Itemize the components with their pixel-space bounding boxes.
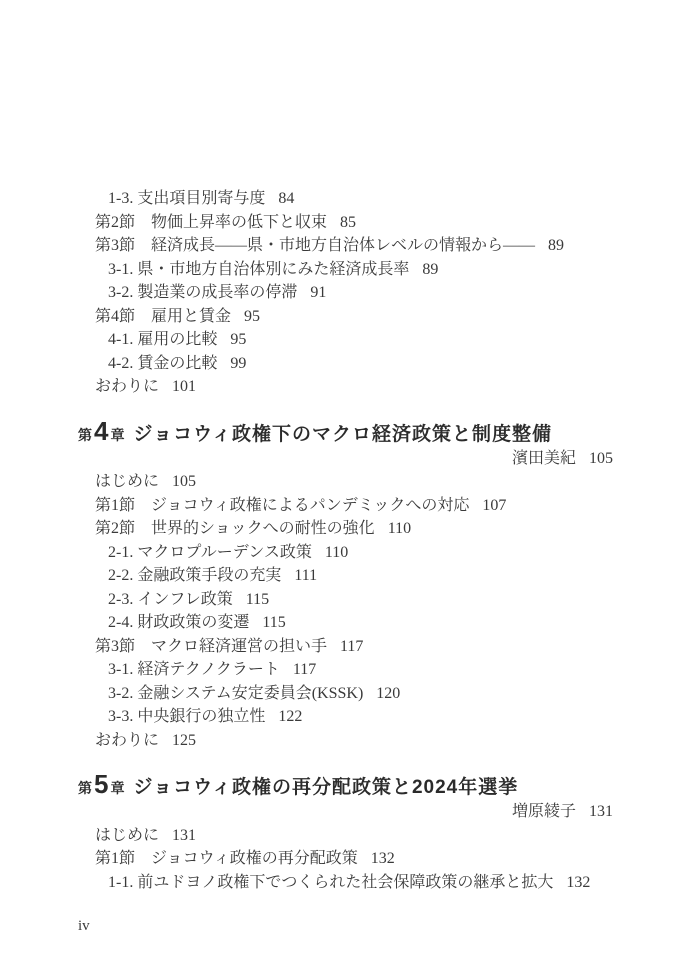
chapter-number-suffix: 章 [110, 780, 124, 796]
toc-entry: 第1節 ジョコウィ政権の再分配政策132 [78, 847, 613, 871]
toc-entry-page: 99 [230, 355, 246, 372]
toc-entry: 3-3. 中央銀行の独立性122 [78, 705, 613, 729]
toc-entries-chapter5: はじめに131 第1節 ジョコウィ政権の再分配政策132 1-1. 前ユドヨノ政… [78, 824, 613, 895]
toc-entry: 1-3. 支出項目別寄与度84 [78, 187, 613, 211]
toc-entry-text: 3-1. 経済テクノクラート [108, 661, 280, 678]
toc-entry-page: 110 [388, 520, 411, 537]
toc-entry-text: 第1節 ジョコウィ政権の再分配政策 [95, 850, 358, 867]
toc-entry-text: 4-1. 雇用の比較 [108, 331, 217, 348]
toc-entry: 3-1. 県・市地方自治体別にみた経済成長率89 [78, 258, 613, 282]
chapter5-author-line: 増原綾子131 [78, 800, 613, 824]
chapter5-heading: 第5章ジョコウィ政権の再分配政策と2024年選挙 [78, 768, 613, 800]
toc-entry-text: 3-1. 県・市地方自治体別にみた経済成長率 [108, 261, 409, 278]
toc-entry: 第2節 世界的ショックへの耐性の強化110 [78, 517, 613, 541]
toc-entry: おわりに101 [78, 375, 613, 399]
toc-entry: 3-1. 経済テクノクラート117 [78, 658, 613, 682]
toc-entry-text: 2-4. 財政政策の変遷 [108, 614, 249, 631]
toc-entry: 第3節 マクロ経済運営の担い手117 [78, 635, 613, 659]
toc-entry-text: 4-2. 賃金の比較 [108, 355, 217, 372]
toc-entry-text: 第1節 ジョコウィ政権によるパンデミックへの対応 [95, 497, 469, 514]
toc-entry-page: 95 [244, 308, 260, 325]
chapter-number-prefix: 第 [78, 427, 92, 443]
toc-entry-page: 120 [376, 685, 400, 702]
toc-entry: 第4節 雇用と賃金95 [78, 305, 613, 329]
toc-entry-page: 85 [340, 214, 356, 231]
toc-entry-text: 第4節 雇用と賃金 [95, 308, 231, 325]
toc-entry: 第1節 ジョコウィ政権によるパンデミックへの対応107 [78, 494, 613, 518]
toc-entry-page: 107 [482, 497, 506, 514]
chapter-number-prefix: 第 [78, 780, 92, 796]
toc-entry: 3-2. 金融システム安定委員会(KSSK)120 [78, 682, 613, 706]
toc-entry: 2-3. インフレ政策115 [78, 588, 613, 612]
toc-entry-page: 122 [278, 708, 302, 725]
toc-entry: 4-1. 雇用の比較95 [78, 328, 613, 352]
toc-entry-text: おわりに [95, 378, 159, 395]
toc-entry-text: 3-3. 中央銀行の独立性 [108, 708, 265, 725]
toc-entry: 3-2. 製造業の成長率の停滞91 [78, 281, 613, 305]
toc-entry-text: 第2節 世界的ショックへの耐性の強化 [95, 520, 375, 537]
chapter-title: ジョコウィ政権の再分配政策と2024年選挙 [133, 777, 518, 798]
chapter4-author-line: 濱田美紀105 [78, 447, 613, 471]
chapter-number: 4 [92, 416, 110, 446]
toc-entries-chapter4: はじめに105 第1節 ジョコウィ政権によるパンデミックへの対応107 第2節 … [78, 470, 613, 752]
table-of-contents: 1-3. 支出項目別寄与度84 第2節 物価上昇率の低下と収束85 第3節 経済… [78, 187, 613, 894]
toc-entry-text: おわりに [95, 732, 159, 749]
toc-entries-chapter3-tail: 1-3. 支出項目別寄与度84 第2節 物価上昇率の低下と収束85 第3節 経済… [78, 187, 613, 399]
chapter-author: 増原綾子 [512, 803, 576, 820]
chapter-author-page: 131 [589, 803, 613, 820]
toc-entry: 4-2. 賃金の比較99 [78, 352, 613, 376]
toc-entry-page: 89 [422, 261, 438, 278]
toc-entry-text: 第2節 物価上昇率の低下と収束 [95, 214, 327, 231]
toc-entry-page: 132 [566, 874, 590, 891]
toc-entry-text: はじめに [95, 473, 159, 490]
toc-block-chapter3-tail: 1-3. 支出項目別寄与度84 第2節 物価上昇率の低下と収束85 第3節 経済… [78, 187, 613, 399]
toc-entry: 第3節 経済成長——県・市地方自治体レベルの情報から——89 [78, 234, 613, 258]
chapter-author-page: 105 [589, 450, 613, 467]
chapter-author: 濱田美紀 [512, 450, 576, 467]
toc-entry-text: 1-1. 前ユドヨノ政権下でつくられた社会保障政策の継承と拡大 [108, 874, 553, 891]
footer-page-number: iv [78, 916, 90, 936]
toc-entry: 2-2. 金融政策手段の充実111 [78, 564, 613, 588]
toc-entry-page: 115 [246, 591, 269, 608]
toc-entry: 2-1. マクロプルーデンス政策110 [78, 541, 613, 565]
toc-entry: 1-1. 前ユドヨノ政権下でつくられた社会保障政策の継承と拡大132 [78, 871, 613, 895]
toc-entry-page: 117 [340, 638, 363, 655]
toc-entry-page: 84 [278, 190, 294, 207]
toc-entry-page: 91 [310, 284, 326, 301]
chapter-title: ジョコウィ政権下のマクロ経済政策と制度整備 [133, 424, 551, 445]
toc-entry-page: 110 [325, 544, 348, 561]
toc-entry-page: 111 [294, 567, 317, 584]
toc-entry-page: 115 [262, 614, 285, 631]
toc-entry: おわりに125 [78, 729, 613, 753]
toc-entry-text: はじめに [95, 827, 159, 844]
toc-entry-text: 2-3. インフレ政策 [108, 591, 233, 608]
toc-entry-page: 89 [548, 237, 564, 254]
toc-entry-text: 2-2. 金融政策手段の充実 [108, 567, 281, 584]
toc-block-chapter4: 第4章ジョコウィ政権下のマクロ経済政策と制度整備 濱田美紀105 はじめに105… [78, 415, 613, 753]
toc-entry-page: 117 [293, 661, 316, 678]
chapter-number-suffix: 章 [110, 427, 124, 443]
chapter4-heading: 第4章ジョコウィ政権下のマクロ経済政策と制度整備 [78, 415, 613, 447]
chapter-number: 5 [92, 769, 110, 799]
toc-entry-text: 3-2. 金融システム安定委員会(KSSK) [108, 685, 363, 702]
toc-entry-page: 131 [172, 827, 196, 844]
toc-entry-text: 1-3. 支出項目別寄与度 [108, 190, 265, 207]
toc-entry-page: 101 [172, 378, 196, 395]
toc-entry-page: 125 [172, 732, 196, 749]
toc-entry-page: 105 [172, 473, 196, 490]
toc-entry-page: 132 [371, 850, 395, 867]
toc-block-chapter5: 第5章ジョコウィ政権の再分配政策と2024年選挙 増原綾子131 はじめに131… [78, 768, 613, 894]
toc-entry: はじめに105 [78, 470, 613, 494]
toc-entry: 第2節 物価上昇率の低下と収束85 [78, 211, 613, 235]
toc-entry-text: 3-2. 製造業の成長率の停滞 [108, 284, 297, 301]
toc-entry-text: 第3節 マクロ経済運営の担い手 [95, 638, 327, 655]
toc-entry: はじめに131 [78, 824, 613, 848]
toc-entry-text: 2-1. マクロプルーデンス政策 [108, 544, 312, 561]
toc-entry: 2-4. 財政政策の変遷115 [78, 611, 613, 635]
toc-entry-text: 第3節 経済成長——県・市地方自治体レベルの情報から—— [95, 237, 535, 254]
toc-entry-page: 95 [230, 331, 246, 348]
